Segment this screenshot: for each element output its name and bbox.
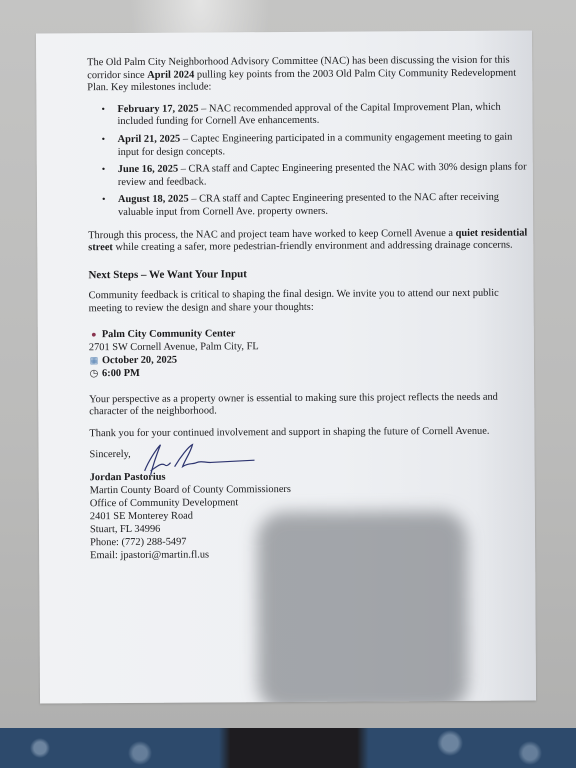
thanks-paragraph: Thank you for your continued involvement… (89, 425, 529, 440)
closing-text: Sincerely, (90, 449, 131, 460)
milestone-item: February 17, 2025 – NAC recommended appr… (117, 101, 527, 129)
process-paragraph: Through this process, the NAC and projec… (88, 227, 528, 255)
closing-row: Sincerely, (90, 447, 530, 472)
clock-icon: ◷ (89, 367, 99, 380)
milestone-item: August 18, 2025 – CRA staff and Captec E… (118, 192, 528, 220)
location-name: Palm City Community Center (102, 328, 236, 340)
signer-block: Jordan Pastorius Martin County Board of … (90, 469, 531, 563)
milestone-list: February 17, 2025 – NAC recommended appr… (87, 101, 528, 219)
rug-background (0, 728, 576, 768)
milestone-date: February 17, 2025 (117, 103, 198, 114)
calendar-icon: ▦ (89, 354, 99, 367)
milestone-date: June 16, 2025 (118, 164, 178, 175)
signature-image (134, 440, 254, 481)
milestone-date: August 18, 2025 (118, 194, 189, 205)
invite-paragraph: Community feedback is critical to shapin… (89, 288, 529, 316)
map-pin-icon: ● (89, 328, 99, 341)
next-steps-heading: Next Steps – We Want Your Input (88, 266, 528, 281)
event-details: ●Palm City Community Center 2701 SW Corn… (89, 325, 529, 380)
event-time: ◷6:00 PM (89, 364, 529, 380)
perspective-paragraph: Your perspective as a property owner is … (89, 391, 529, 419)
process-text-end: while creating a safer, more pedestrian-… (113, 240, 513, 253)
signer-email: Email: jpastori@martin.fl.us (90, 547, 530, 563)
milestone-item: April 21, 2025 – Captec Engineering part… (118, 131, 528, 159)
milestone-date: April 21, 2025 (118, 134, 181, 145)
milestone-item: June 16, 2025 – CRA staff and Captec Eng… (118, 162, 528, 190)
time-text: 6:00 PM (102, 367, 140, 378)
intro-paragraph: The Old Palm City Neighborhood Advisory … (87, 55, 527, 95)
date-text: October 20, 2025 (102, 354, 177, 365)
letter-page: The Old Palm City Neighborhood Advisory … (36, 30, 536, 703)
letter-body: The Old Palm City Neighborhood Advisory … (87, 55, 530, 563)
milestone-text: – CRA staff and Captec Engineering prese… (118, 162, 527, 188)
process-text: Through this process, the NAC and projec… (88, 227, 455, 240)
intro-bold: April 2024 (147, 69, 194, 80)
